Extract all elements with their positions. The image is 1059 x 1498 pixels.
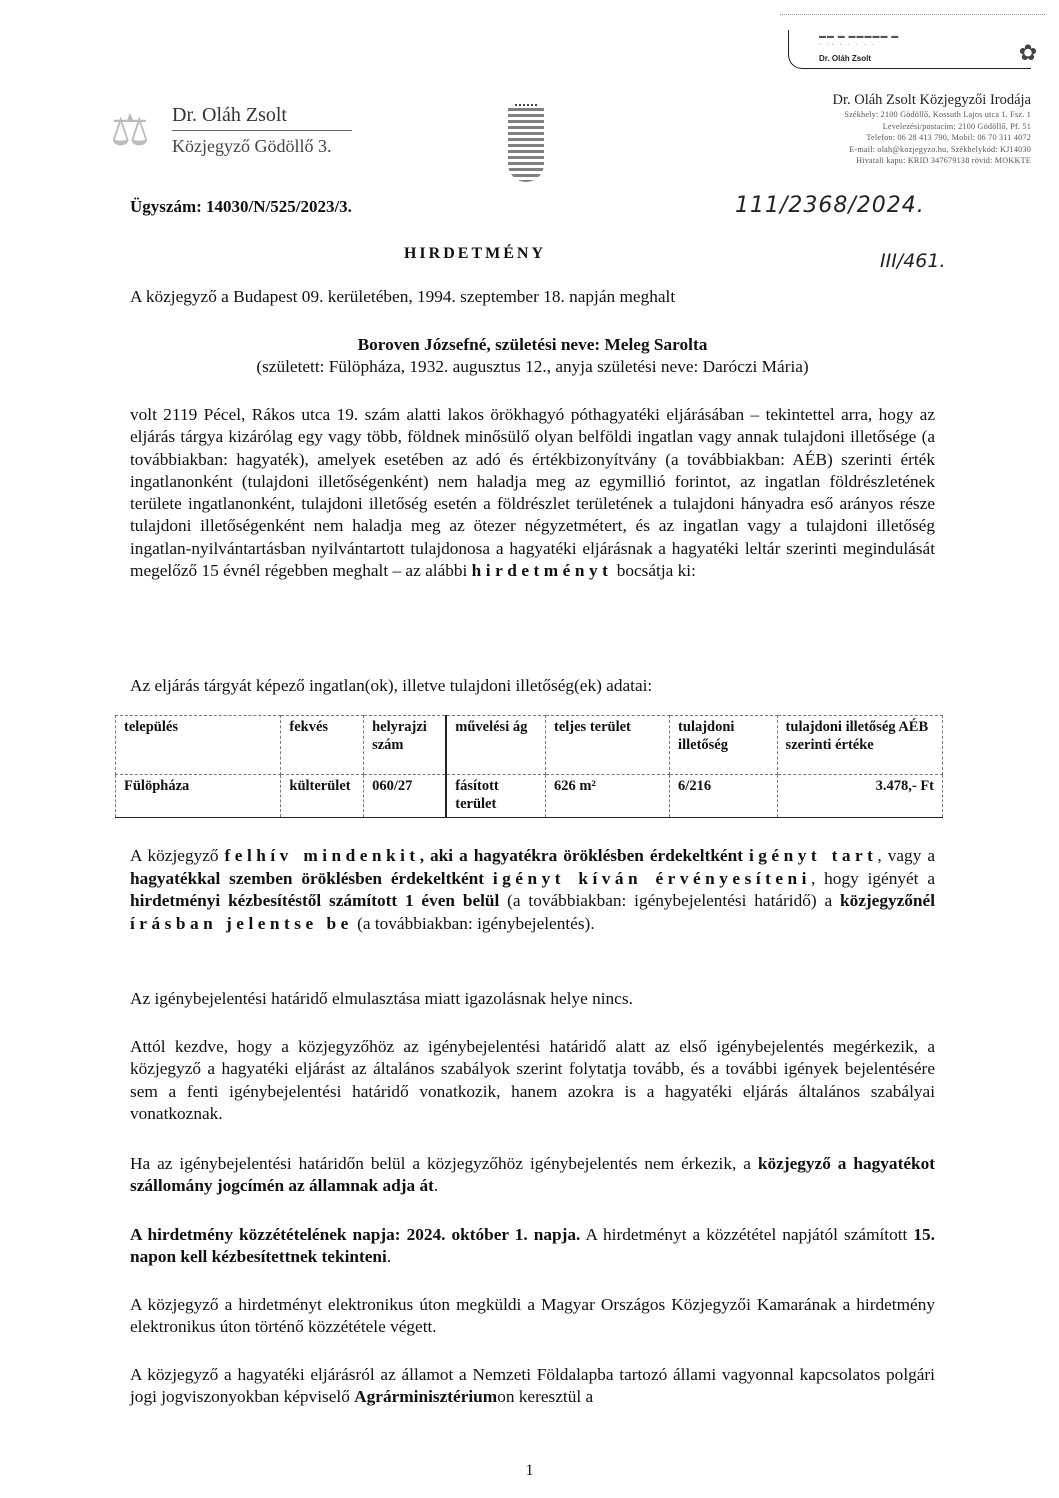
hungarian-coat-of-arms-icon bbox=[508, 92, 544, 184]
publication-paragraph: A hirdetmény közzétételének napja: 2024.… bbox=[130, 1224, 935, 1269]
col-aeb-ertek: tulajdoni illetőség AÉB szerinti értéke bbox=[777, 716, 942, 775]
electronic-paragraph: A közjegyző a hirdetményt elektronikus ú… bbox=[130, 1294, 935, 1339]
deceased-name: Boroven Józsefné, születési neve: Meleg … bbox=[130, 334, 935, 356]
col-teljes-terulet: teljes terület bbox=[546, 716, 670, 775]
cell-aeb-ertek: 3.478,- Ft bbox=[777, 775, 942, 818]
col-hrsz: helyrajzi szám bbox=[364, 716, 447, 775]
main-paragraph: volt 2119 Pécel, Rákos utca 19. szám ala… bbox=[130, 404, 935, 582]
office-detail: E-mail: olah@kozjegyzo.hu, Székhelykód: … bbox=[832, 144, 1031, 156]
handwritten-reference: 111/2368/2024. bbox=[735, 193, 925, 218]
col-fekves: fekvés bbox=[281, 716, 364, 775]
table-header-row: település fekvés helyrajzi szám művelési… bbox=[116, 716, 943, 775]
notary-office: Közjegyző Gödöllő 3. bbox=[172, 136, 331, 157]
table-row: Fülöpháza külterület 060/27 fásított ter… bbox=[116, 775, 943, 818]
stamp-seal-icon: ✿ bbox=[1015, 38, 1041, 68]
notary-emblem-icon: ⚖ bbox=[92, 96, 162, 166]
cell-teljes-terulet: 626 m² bbox=[546, 775, 670, 818]
letterhead-divider bbox=[172, 130, 352, 131]
cell-hrsz: 060/27 bbox=[364, 775, 447, 818]
cell-telepules: Fülöpháza bbox=[116, 775, 281, 818]
document-title: HIRDETMÉNY bbox=[0, 245, 1000, 263]
ministry-paragraph: A közjegyző a hagyatéki eljárásról az ál… bbox=[130, 1364, 935, 1409]
page-number: 1 bbox=[0, 1462, 1059, 1480]
emphasis-hirdetmenyt: hirdetményt bbox=[472, 561, 613, 580]
deceased-birth: (született: Fülöpháza, 1932. augusztus 1… bbox=[130, 356, 935, 378]
office-detail: Hivatali kapu: KRID 347679138 rövid: MOK… bbox=[832, 155, 1031, 167]
from-then-paragraph: Attól kezdve, hogy a közjegyzőhöz az igé… bbox=[130, 1036, 935, 1125]
cell-tulajdoni-illetoseg: 6/216 bbox=[670, 775, 778, 818]
table-intro: Az eljárás tárgyát képező ingatlan(ok), … bbox=[130, 675, 935, 697]
property-table: település fekvés helyrajzi szám művelési… bbox=[115, 715, 943, 818]
office-detail: Székhely: 2100 Gödöllő, Kossuth Lajos ut… bbox=[832, 109, 1031, 121]
case-number: Ügyszám: 14030/N/525/2023/3. bbox=[130, 197, 352, 217]
top-dotted-rule bbox=[780, 14, 1045, 15]
stamp-line-2: · ·· · · · · · bbox=[819, 41, 876, 49]
deceased-block: Boroven Józsefné, születési neve: Meleg … bbox=[130, 334, 935, 378]
office-detail: Telefon: 06 28 413 790, Mobil: 06 70 311… bbox=[832, 132, 1031, 144]
intro-text: A közjegyző a Budapest 09. kerületében, … bbox=[130, 286, 935, 308]
stamp-line-1: ▬▬ ▬ ▬▬▬▬▬ ▬ bbox=[819, 32, 899, 40]
col-tulajdoni-illetoseg: tulajdoni illetőség bbox=[670, 716, 778, 775]
no-remedy-paragraph: Az igénybejelentési határidő elmulasztás… bbox=[130, 988, 935, 1010]
office-title: Dr. Oláh Zsolt Közjegyzői Irodája bbox=[832, 92, 1031, 109]
office-detail: Levelezési/postacím: 2100 Gödöllő, Pf. 5… bbox=[832, 121, 1031, 133]
notary-name: Dr. Oláh Zsolt bbox=[172, 104, 287, 127]
if-none-paragraph: Ha az igénybejelentési határidőn belül a… bbox=[130, 1153, 935, 1198]
col-muvelesi-ag: művelési ág bbox=[446, 716, 545, 775]
stamp-name: Dr. Oláh Zsolt bbox=[819, 54, 871, 63]
cell-muvelesi-ag: fásított terület bbox=[446, 775, 545, 818]
office-contact-block: Dr. Oláh Zsolt Közjegyzői Irodája Székhe… bbox=[832, 92, 1031, 167]
cell-fekves: külterület bbox=[281, 775, 364, 818]
received-stamp: ▬▬ ▬ ▬▬▬▬▬ ▬ · ·· · · · · · Dr. Oláh Zso… bbox=[788, 30, 1031, 69]
col-telepules: település bbox=[116, 716, 281, 775]
call-paragraph: A közjegyző felhív mindenkit, aki a hagy… bbox=[130, 845, 935, 935]
